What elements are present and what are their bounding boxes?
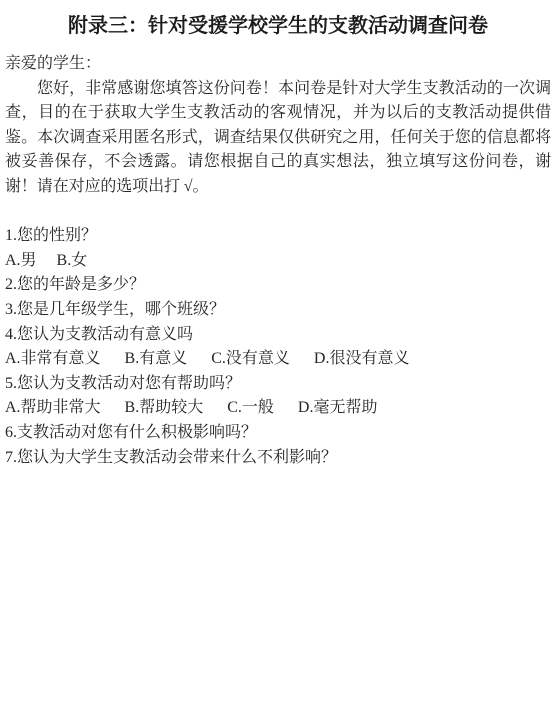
document-title: 附录三：针对受援学校学生的支教活动调查问卷 bbox=[10, 13, 546, 40]
question-3-text: 3.您是几年级学生，哪个班级？ bbox=[5, 298, 551, 323]
question-4-text: 4.您认为支教活动有意义吗 bbox=[5, 323, 551, 348]
questionnaire-page: 附录三：针对受援学校学生的支教活动调查问卷 亲爱的学生： 您好，非常感谢您填答这… bbox=[0, 0, 556, 716]
question-6-text: 6.支教活动对您有什么积极影响吗？ bbox=[5, 421, 551, 446]
question-1-options: A.男 B.女 bbox=[5, 249, 551, 274]
intro-paragraph: 您好，非常感谢您填答这份问卷！本问卷是针对大学生支教活动的一次调查，目的在于获取… bbox=[5, 77, 551, 200]
document-body: 亲爱的学生： 您好，非常感谢您填答这份问卷！本问卷是针对大学生支教活动的一次调查… bbox=[0, 52, 556, 470]
question-4-options: A.非常有意义 B.有意义 C.没有意义 D.很没有意义 bbox=[5, 347, 551, 372]
question-1-text: 1.您的性别？ bbox=[5, 224, 551, 249]
question-2-text: 2.您的年龄是多少？ bbox=[5, 273, 551, 298]
question-7-text: 7.您认为大学生支教活动会带来什么不利影响？ bbox=[5, 446, 551, 471]
question-5-options: A.帮助非常大 B.帮助较大 C.一般 D.毫无帮助 bbox=[5, 396, 551, 421]
question-5-text: 5.您认为支教活动对您有帮助吗？ bbox=[5, 372, 551, 397]
question-list: 1.您的性别？ A.男 B.女 2.您的年龄是多少？ 3.您是几年级学生，哪个班… bbox=[5, 224, 551, 470]
greeting-line: 亲爱的学生： bbox=[5, 52, 551, 77]
